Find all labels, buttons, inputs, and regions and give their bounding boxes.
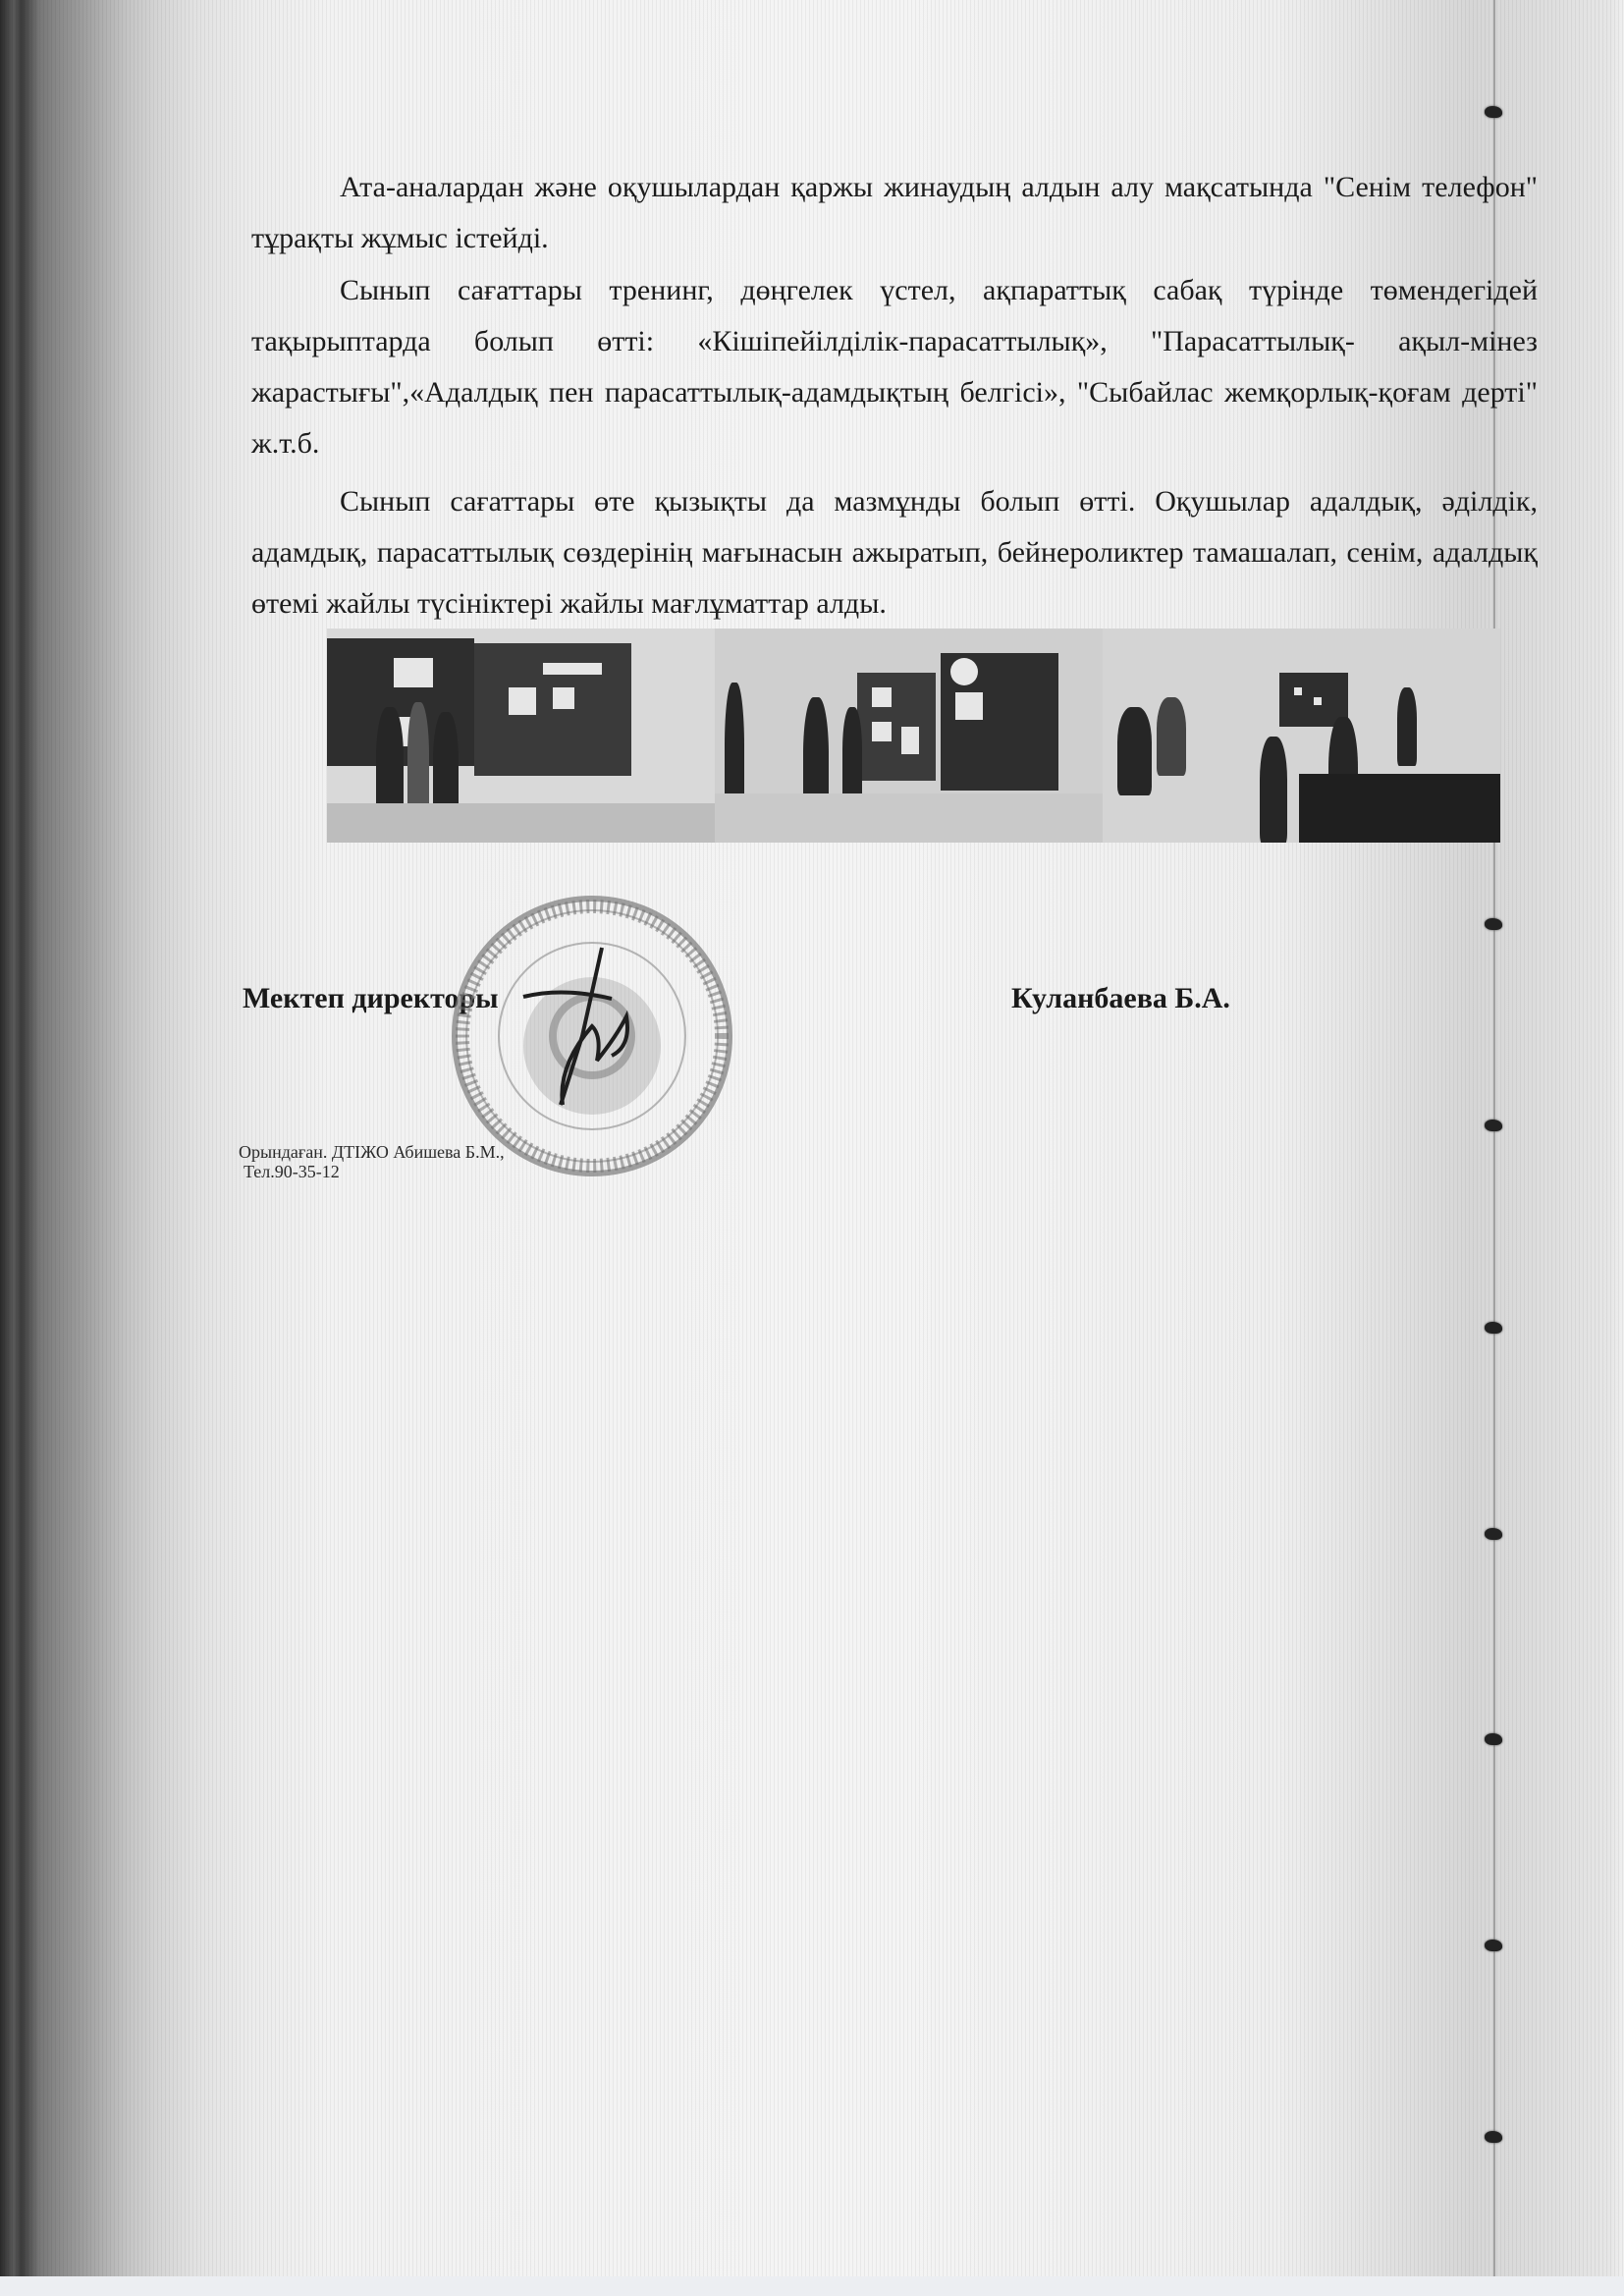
paragraph-class-hours-summary: Сынып сағаттары өте қызықты да мазмұнды … [251,476,1538,629]
scan-bottom-edge [0,2276,1624,2296]
document-body: Ата-аналардан және оқушылардан қаржы жин… [0,0,1624,2276]
scanned-page: Ата-аналардан және оқушылардан қаржы жин… [0,0,1624,2276]
official-round-seal-icon [445,889,739,1183]
photo-students-presenting [327,629,715,843]
prepared-by-block: Орындаған. ДТІЖО Абишева Б.М., Тел.90-35… [239,1142,505,1181]
phone-number: Тел.90-35-12 [239,1162,505,1181]
paragraph-trust-phone: Ата-аналардан және оқушылардан қаржы жин… [251,162,1538,264]
director-name: Куланбаева Б.А. [1011,982,1230,1015]
photo-students-in-hall [715,629,1103,843]
photo-students-at-desks [1103,629,1500,843]
signature-block: Мектеп директоры Куланбаева Б.А. [0,982,1624,1041]
photo-collage [327,629,1500,843]
paragraph-class-hours-topics: Сынып сағаттары тренинг, дөңгелек үстел,… [251,265,1538,469]
prepared-by: Орындаған. ДТІЖО Абишева Б.М., [239,1142,505,1162]
